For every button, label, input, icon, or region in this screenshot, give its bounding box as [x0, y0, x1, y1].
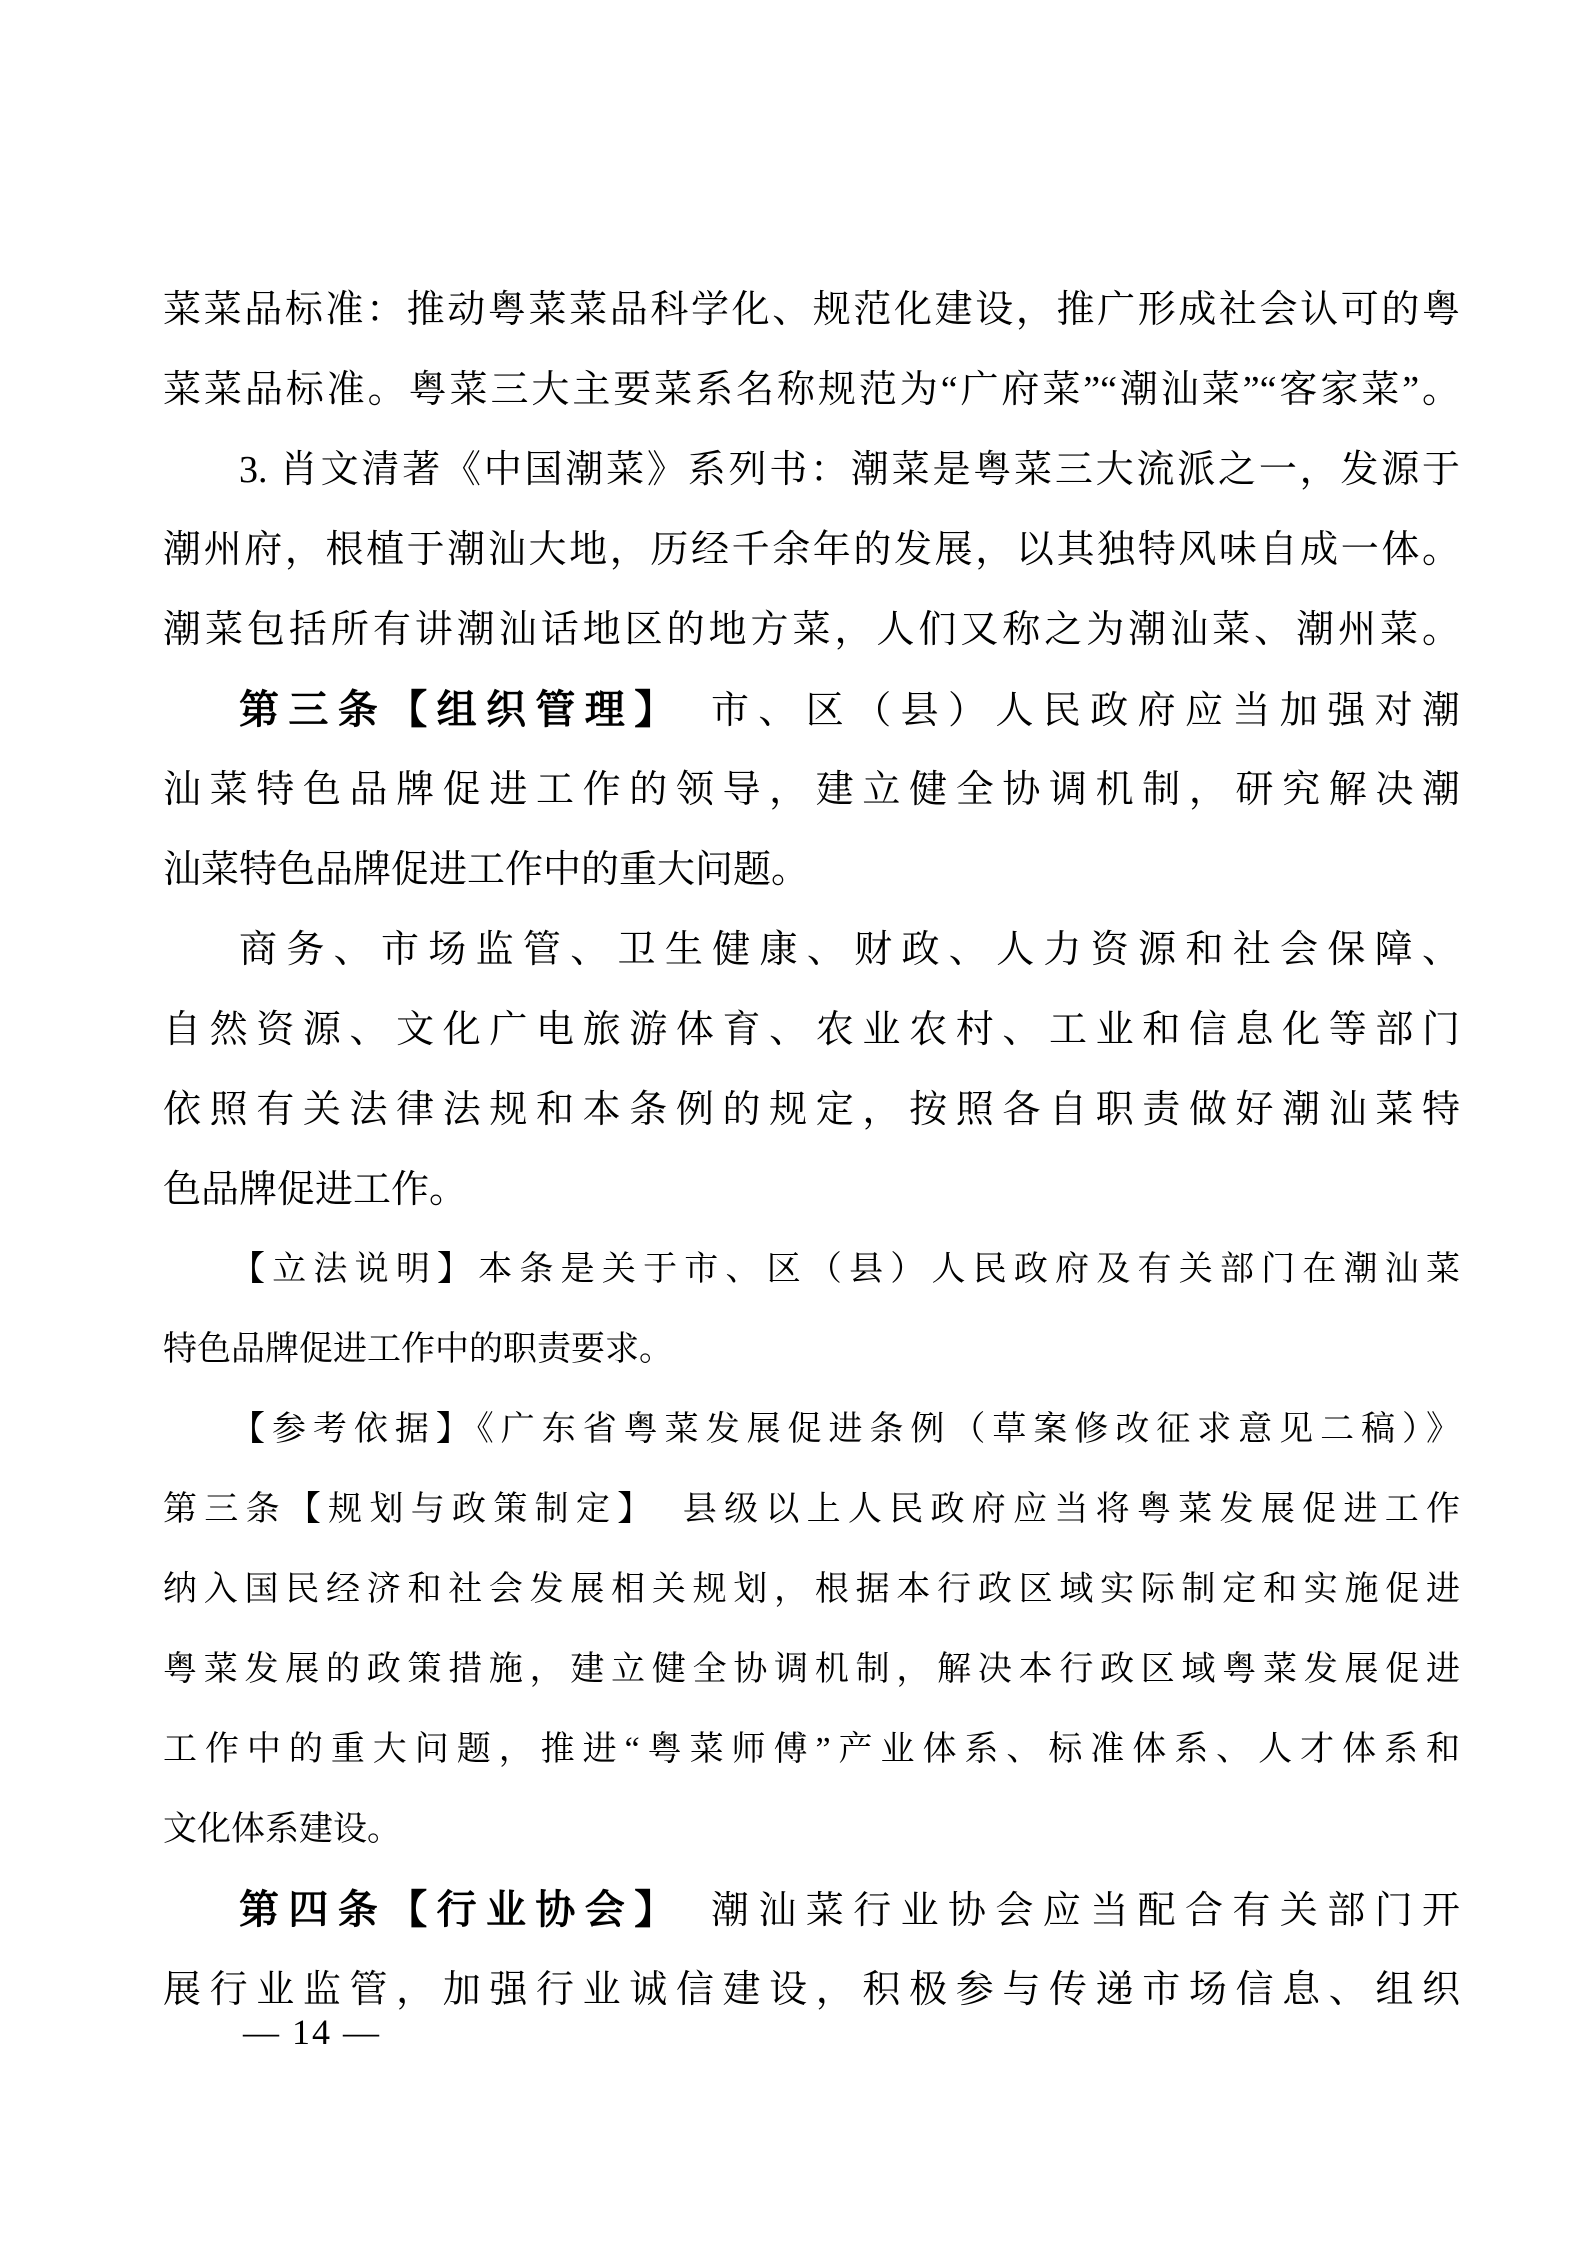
text-segment: 文化体系建设。: [163, 1811, 401, 1848]
text-line: 汕菜特色品牌促进工作中的重大问题。: [163, 830, 1460, 910]
text-segment: 自然资源、文化广电旅游体育、农业农村、工业和信息化等部门: [163, 1009, 1460, 1051]
text-line: 菜菜品标准：推动粤菜菜品科学化、规范化建设，推广形成社会认可的粤: [163, 270, 1460, 350]
text-segment: 潮菜包括所有讲潮汕话地区的地方菜，人们又称之为潮汕菜、潮州菜。: [163, 609, 1460, 651]
text-segment: 第三条【规划与政策制定】 县级以上人民政府应当将粤菜发展促进工作: [163, 1491, 1460, 1528]
text-segment: 【立法说明】本条是关于市、区（县）人民政府及有关部门在潮汕菜: [231, 1251, 1460, 1288]
text-segment: 汕菜特色品牌促进工作的领导，建立健全协调机制，研究解决潮: [163, 769, 1460, 811]
text-segment: 商务、市场监管、卫生健康、财政、人力资源和社会保障、: [239, 929, 1460, 971]
document-page: 菜菜品标准：推动粤菜菜品科学化、规范化建设，推广形成社会认可的粤菜菜品标准。粤菜…: [0, 0, 1587, 2245]
text-line: 汕菜特色品牌促进工作的领导，建立健全协调机制，研究解决潮: [163, 750, 1460, 830]
text-segment: 市、区（县）人民政府应当加强对潮: [664, 690, 1460, 732]
text-segment: 菜菜品标准。粤菜三大主要菜系名称规范为“广府菜”“潮汕菜”“客家菜”。: [163, 369, 1460, 411]
text-line: 【参考依据】《广东省粤菜发展促进条例（草案修改征求意见二稿）》: [163, 1390, 1460, 1470]
text-line: 3. 肖文清著《中国潮菜》系列书：潮菜是粤菜三大流派之一，发源于: [163, 430, 1460, 510]
text-segment: 菜菜品标准：推动粤菜菜品科学化、规范化建设，推广形成社会认可的粤: [163, 289, 1460, 331]
text-segment: 依照有关法律法规和本条例的规定，按照各自职责做好潮汕菜特: [163, 1089, 1460, 1131]
article-heading-segment: 第三条【组织管理】: [239, 688, 664, 732]
text-segment: 潮州府，根植于潮汕大地，历经千余年的发展，以其独特风味自成一体。: [163, 529, 1460, 571]
text-segment: 潮汕菜行业协会应当配合有关部门开: [664, 1890, 1460, 1932]
text-line: 第三条【规划与政策制定】 县级以上人民政府应当将粤菜发展促进工作: [163, 1470, 1460, 1550]
text-segment: 特色品牌促进工作中的职责要求。: [163, 1331, 673, 1368]
text-segment: 纳入国民经济和社会发展相关规划，根据本行政区域实际制定和实施促进: [163, 1571, 1460, 1608]
article-heading-segment: 第四条【行业协会】: [239, 1888, 664, 1932]
text-segment: 3. 肖文清著《中国潮菜》系列书：潮菜是粤菜三大流派之一，发源于: [239, 449, 1460, 491]
text-segment: 【参考依据】《广东省粤菜发展促进条例（草案修改征求意见二稿）》: [231, 1411, 1460, 1448]
text-line: 特色品牌促进工作中的职责要求。: [163, 1310, 1460, 1390]
text-line: 第四条【行业协会】 潮汕菜行业协会应当配合有关部门开: [163, 1870, 1460, 1950]
text-segment: 工作中的重大问题，推进“粤菜师傅”产业体系、标准体系、人才体系和: [163, 1731, 1460, 1768]
text-line: 文化体系建设。: [163, 1790, 1460, 1870]
text-line: 潮州府，根植于潮汕大地，历经千余年的发展，以其独特风味自成一体。: [163, 510, 1460, 590]
text-segment: 汕菜特色品牌促进工作中的重大问题。: [163, 849, 809, 891]
text-line: 粤菜发展的政策措施，建立健全协调机制，解决本行政区域粤菜发展促进: [163, 1630, 1460, 1710]
text-line: 工作中的重大问题，推进“粤菜师傅”产业体系、标准体系、人才体系和: [163, 1710, 1460, 1790]
text-content: 菜菜品标准：推动粤菜菜品科学化、规范化建设，推广形成社会认可的粤菜菜品标准。粤菜…: [163, 270, 1460, 2030]
page-number: — 14 —: [243, 2010, 381, 2054]
text-line: 商务、市场监管、卫生健康、财政、人力资源和社会保障、: [163, 910, 1460, 990]
text-line: 依照有关法律法规和本条例的规定，按照各自职责做好潮汕菜特: [163, 1070, 1460, 1150]
text-line: 色品牌促进工作。: [163, 1150, 1460, 1230]
text-segment: 展行业监管，加强行业诚信建设，积极参与传递市场信息、组织: [163, 1969, 1460, 2011]
text-line: 潮菜包括所有讲潮汕话地区的地方菜，人们又称之为潮汕菜、潮州菜。: [163, 590, 1460, 670]
text-segment: 色品牌促进工作。: [163, 1169, 467, 1211]
text-line: 纳入国民经济和社会发展相关规划，根据本行政区域实际制定和实施促进: [163, 1550, 1460, 1630]
text-line: 【立法说明】本条是关于市、区（县）人民政府及有关部门在潮汕菜: [163, 1230, 1460, 1310]
text-line: 菜菜品标准。粤菜三大主要菜系名称规范为“广府菜”“潮汕菜”“客家菜”。: [163, 350, 1460, 430]
text-line: 第三条【组织管理】 市、区（县）人民政府应当加强对潮: [163, 670, 1460, 750]
text-line: 自然资源、文化广电旅游体育、农业农村、工业和信息化等部门: [163, 990, 1460, 1070]
text-segment: 粤菜发展的政策措施，建立健全协调机制，解决本行政区域粤菜发展促进: [163, 1651, 1460, 1688]
